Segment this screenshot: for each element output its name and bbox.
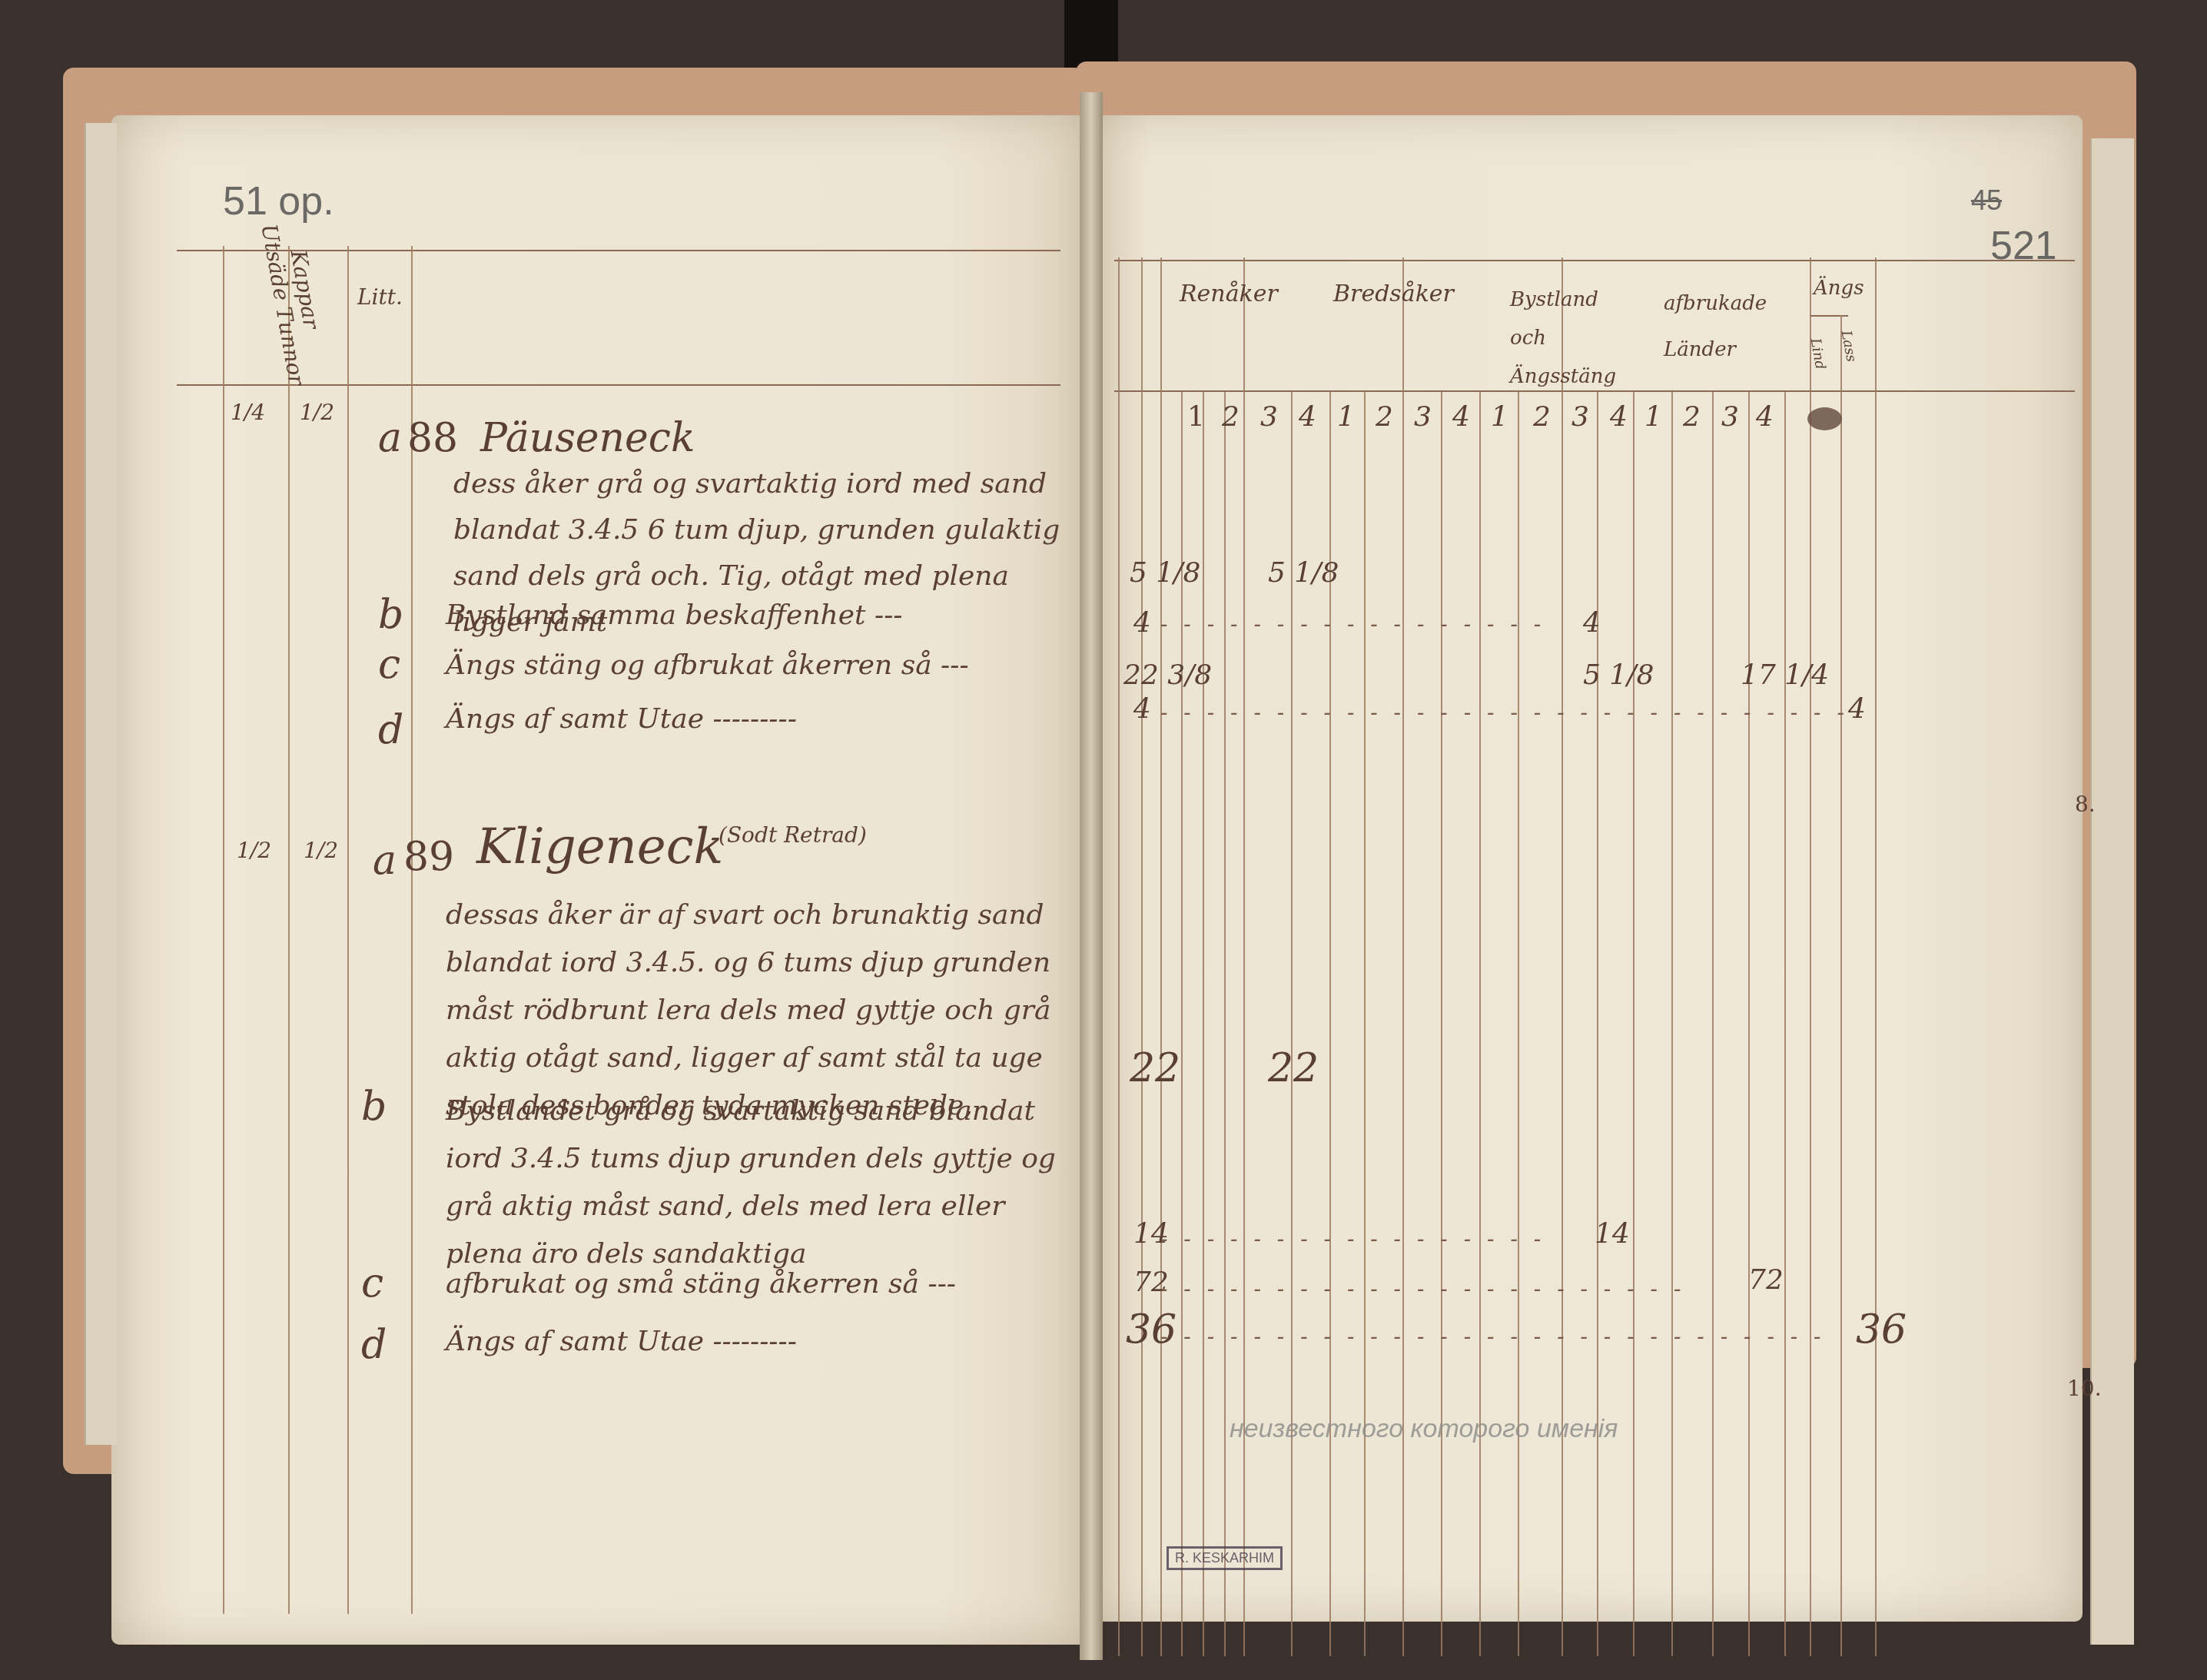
right-page [1091,115,2083,1622]
entry-89-letter-a: a [373,838,397,884]
col-rule [1441,392,1442,1656]
header-bottom-rule [177,384,1060,386]
margin-number-8: 8. [2075,792,2096,817]
col-rule [223,246,224,1614]
col-rule [1518,392,1519,1656]
row-89a-renaker-3: 22 [1268,1045,1319,1091]
page-edges-left [85,123,117,1445]
book-gutter [1080,92,1103,1660]
column-header-litt: Litt. [357,284,403,310]
col-rule [1203,392,1204,1656]
row-88a-total: 5 1/8 [1130,557,1200,589]
ink-blot [1807,407,1842,430]
entry-89-name: Kligeneck [476,818,723,875]
col-rule [1561,257,1563,1656]
page-edges-right [2090,138,2134,1645]
pencil-folio-right: 521 [1990,223,2057,269]
entry-89-letter-b: b [361,1084,387,1130]
pencil-folio-left: 51 op. [223,178,334,224]
col-group-afbrukade: afbrukade Länder [1664,281,1779,373]
header-top-rule [1114,260,2075,261]
entry-89-part-c-text: afbrukat og små stäng åkerren så --- [446,1268,956,1300]
dash-leader: - - - - - - - - - - - - - - - - - [1160,611,1545,636]
col-rule [1748,392,1750,1656]
col-rule [1810,257,1811,1656]
entry-89-share-2: 1/2 [304,838,338,863]
subcol-number: 2 [1376,401,1393,433]
entry-89-part-d-text: Ängs af samt Utae --------- [446,1326,797,1357]
subcol-number: 4 [1452,401,1470,433]
entry-88-letter-a: a [378,415,402,461]
col-rule [1243,257,1245,1656]
col-rule [1597,392,1598,1656]
entry-88-part-c-text: Ängs stäng og afbrukat åkerren så --- [446,649,969,681]
col-rule [1712,392,1714,1656]
col-rule [1784,392,1786,1656]
subcol-number: 4 [1610,401,1628,433]
entry-89-letter-d: d [361,1322,387,1368]
col-rule [1224,392,1226,1656]
entry-89-number: 89 [403,834,454,880]
row-88a-renaker-3: 5 1/8 [1268,557,1339,589]
entry-88-part-d-text: Ängs af samt Utae --------- [446,703,797,735]
row-89d-angs: 36 [1856,1306,1907,1353]
subcol-number: 3 [1721,401,1739,433]
col-group-bystland: Bystland och Ängsstäng [1510,281,1571,396]
col-rule [1479,392,1481,1656]
pencil-folio-crossed: 45 [1971,184,2002,217]
entry-89-name-note: (Sodt Retrad) [719,822,867,848]
row-88d-angs: 4 [1848,693,1866,725]
col-rule [1875,257,1877,1656]
col-rule [1160,257,1162,1656]
subcol-number: 1 [1491,401,1508,433]
subcol-number: 3 [1571,401,1589,433]
row-89a-total: 22 [1130,1045,1180,1091]
entry-88-name: Päuseneck [480,415,695,461]
row-88b-total: 4 [1133,607,1151,639]
entry-89-share-1: 1/2 [237,838,271,863]
dash-leader: - - - - - - - - - - - - - - - - - - - - … [1160,699,1849,725]
entry-88-share-2: 1/2 [300,400,334,425]
entry-89-part-b-text: Bystlandet grå og svartaktig sand blanda… [446,1087,1084,1278]
col-rule [1671,392,1673,1656]
row-89c-afbrukade-3: 72 [1748,1264,1784,1296]
subcol-number: 3 [1414,401,1432,433]
col-group-bredsaker: Bredsåker [1333,281,1454,307]
subcol-number: 1 [1337,401,1355,433]
col-group-angs: Ängs [1814,277,1864,300]
dash-leader: - - - - - - - - - - - - - - - - - [1160,1226,1545,1251]
col-rule [1840,315,1842,1656]
row-88c-afbrukade-3: 17 1/4 [1741,659,1829,691]
subcol-number: 3 [1260,401,1278,433]
entry-88-letter-c: c [378,642,400,688]
entry-88-letter-d: d [378,707,403,753]
col-rule [1118,257,1120,1656]
subcol-number: 4 [1756,401,1774,433]
col-group-renaker: Renåker [1180,281,1278,307]
subcol-number: 2 [1683,401,1701,433]
left-page [111,115,1084,1645]
archive-stamp: R. KESKARHIM [1167,1546,1283,1570]
row-88c-bystland-3: 5 1/8 [1583,659,1654,691]
subcol-number: 2 [1222,401,1240,433]
col-rule [347,246,349,1614]
col-rule [288,246,290,1614]
row-89b-bystland-3: 14 [1595,1218,1630,1250]
row-88c-total: 22 3/8 [1123,659,1212,691]
col-rule [1364,392,1366,1656]
subcol-number: 4 [1299,401,1316,433]
col-rule [1633,392,1635,1656]
dash-leader: - - - - - - - - - - - - - - - - - - - - … [1160,1323,1826,1349]
subcol-number: 2 [1533,401,1551,433]
subcol-number: 1 [1187,401,1205,433]
angs-subheader-rule [1810,315,1848,317]
row-88d-total: 4 [1133,693,1151,725]
dash-leader: - - - - - - - - - - - - - - - - - - - - … [1160,1276,1685,1301]
entry-88-number: 88 [407,415,458,461]
col-rule [1141,257,1143,1656]
entry-88-share-1: 1/4 [231,400,265,425]
pencil-note-cyrillic: неизвестного которого именія [1230,1414,1618,1444]
header-bottom-rule [1114,390,2075,392]
margin-number-10: 10. [2067,1376,2102,1401]
entry-88-letter-b: b [378,592,403,638]
entry-89-letter-c: c [361,1260,383,1306]
subcol-number: 1 [1644,401,1662,433]
col-rule [1402,257,1404,1656]
entry-88-part-b-text: Bystland samma beskaffenhet --- [446,599,903,631]
row-88b-bystland-3: 4 [1583,607,1601,639]
